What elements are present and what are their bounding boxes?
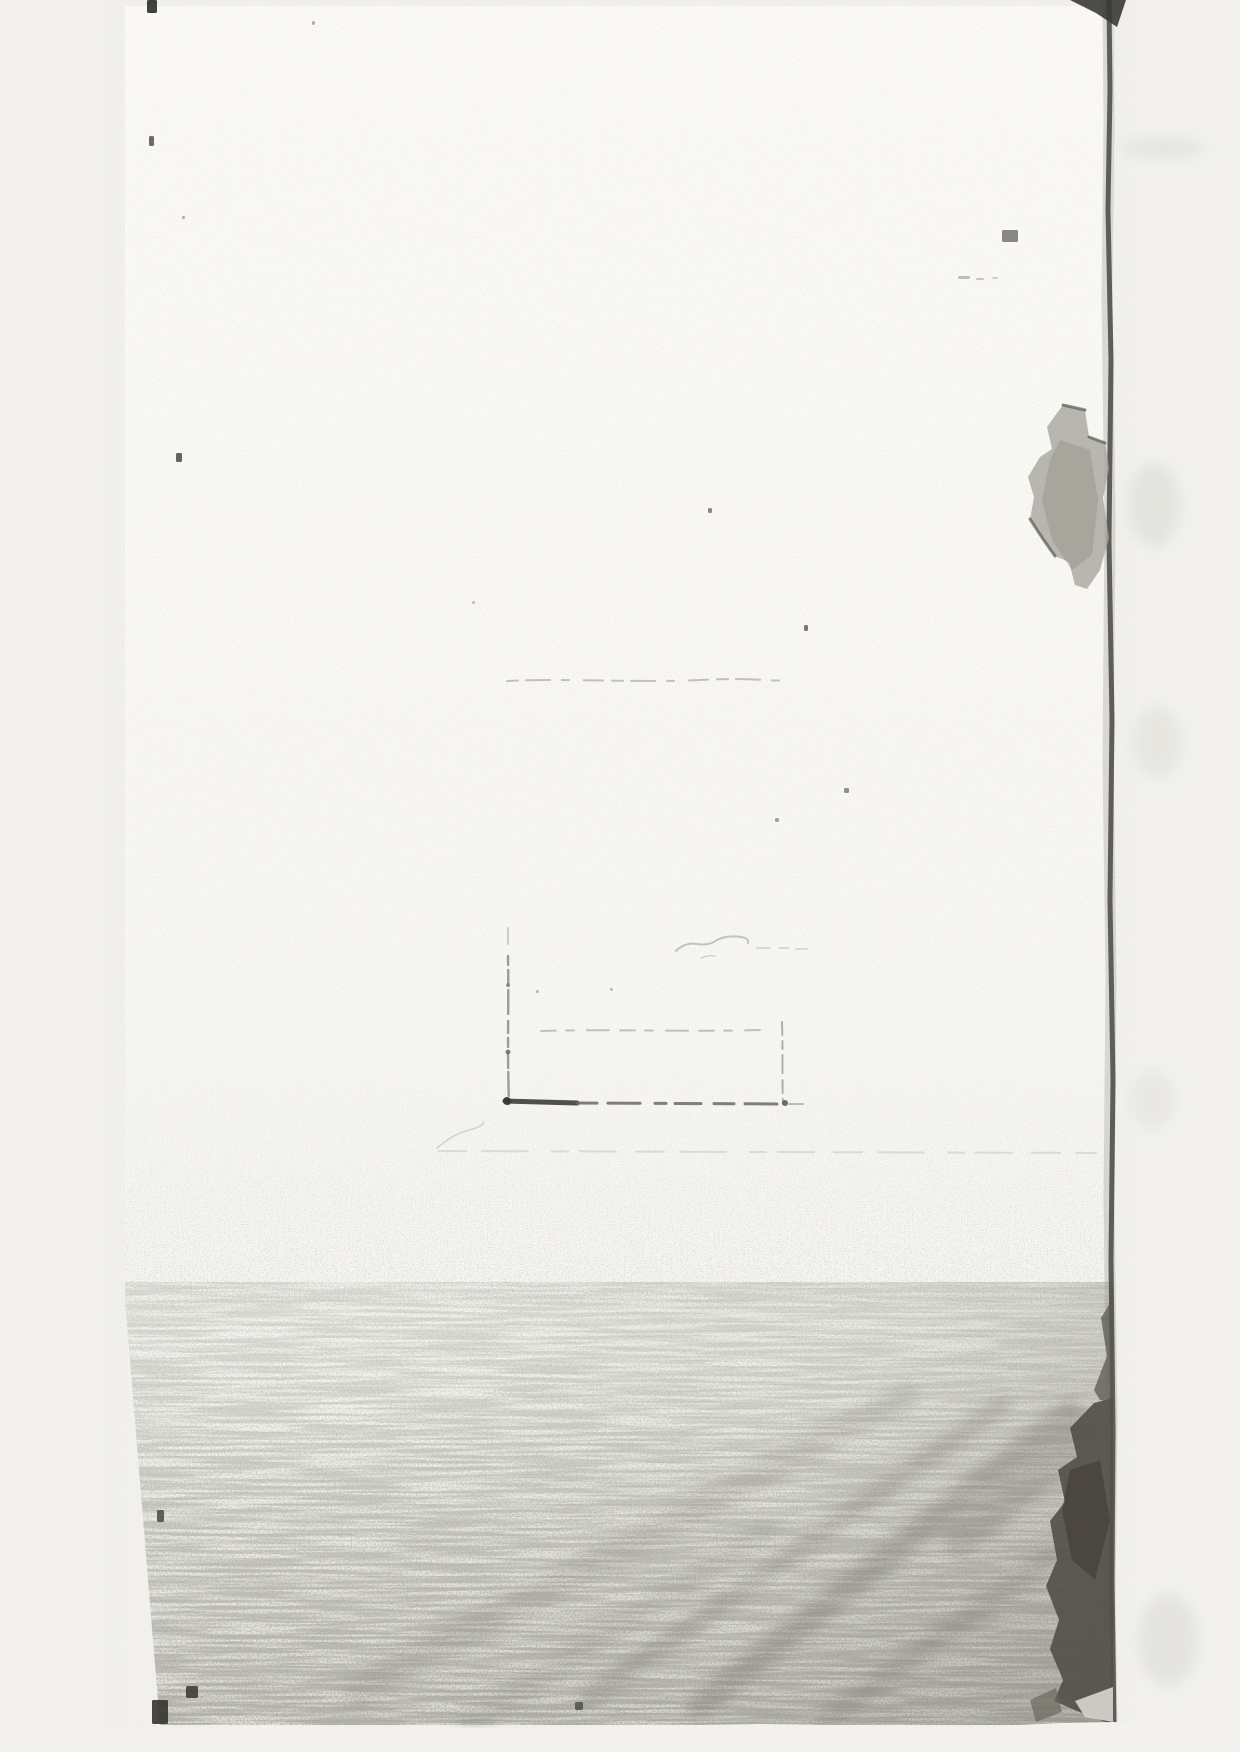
- right-ink-blob: [1002, 230, 1018, 242]
- left-fleck: [176, 453, 182, 462]
- scanned-page-canvas: [0, 0, 1240, 1752]
- right-dash-2: [976, 278, 984, 280]
- bottom-fleck: [575, 1702, 583, 1710]
- mid-dot-1: [708, 508, 712, 513]
- right-dash-1: [958, 276, 970, 279]
- bottom-left-fleck-2: [186, 1686, 198, 1698]
- top-dot: [312, 21, 315, 25]
- rect-area-dot-2: [610, 988, 613, 991]
- left-vertical-line: [508, 956, 509, 1104]
- mid-dot-4: [844, 788, 849, 793]
- left-small-dot: [182, 216, 185, 219]
- top-left-ink-blob: [147, 0, 157, 13]
- corner-dot-right: [782, 1100, 788, 1106]
- margin-blob-3: [1133, 706, 1181, 778]
- texture-band-upper: [125, 1055, 1113, 1305]
- top-left-fleck: [149, 136, 154, 146]
- mid-dot-3: [804, 625, 808, 631]
- left-line-knot: [506, 1050, 511, 1055]
- margin-blob-2: [1128, 463, 1180, 547]
- scanned-document-page: [0, 0, 1240, 1752]
- margin-blob-4: [1130, 1070, 1174, 1130]
- bottom-left-fleck-1: [157, 1510, 164, 1522]
- margin-blob-5: [1138, 1594, 1198, 1686]
- mid-dot-5: [775, 818, 779, 822]
- rect-area-dot-1: [536, 990, 539, 993]
- right-dash-3: [992, 277, 998, 279]
- corner-dot-left: [503, 1097, 511, 1105]
- right-vertical-line: [782, 1022, 783, 1104]
- mid-dashed-line: [541, 1030, 760, 1031]
- bottom-line-dashed: [577, 1103, 789, 1104]
- margin-blob-1: [1121, 138, 1205, 158]
- left-line-knot-2: [506, 983, 510, 987]
- bottom-left-triangle: [152, 1700, 168, 1724]
- bottom-line-bold: [505, 1101, 577, 1103]
- mid-dot-2: [472, 601, 475, 604]
